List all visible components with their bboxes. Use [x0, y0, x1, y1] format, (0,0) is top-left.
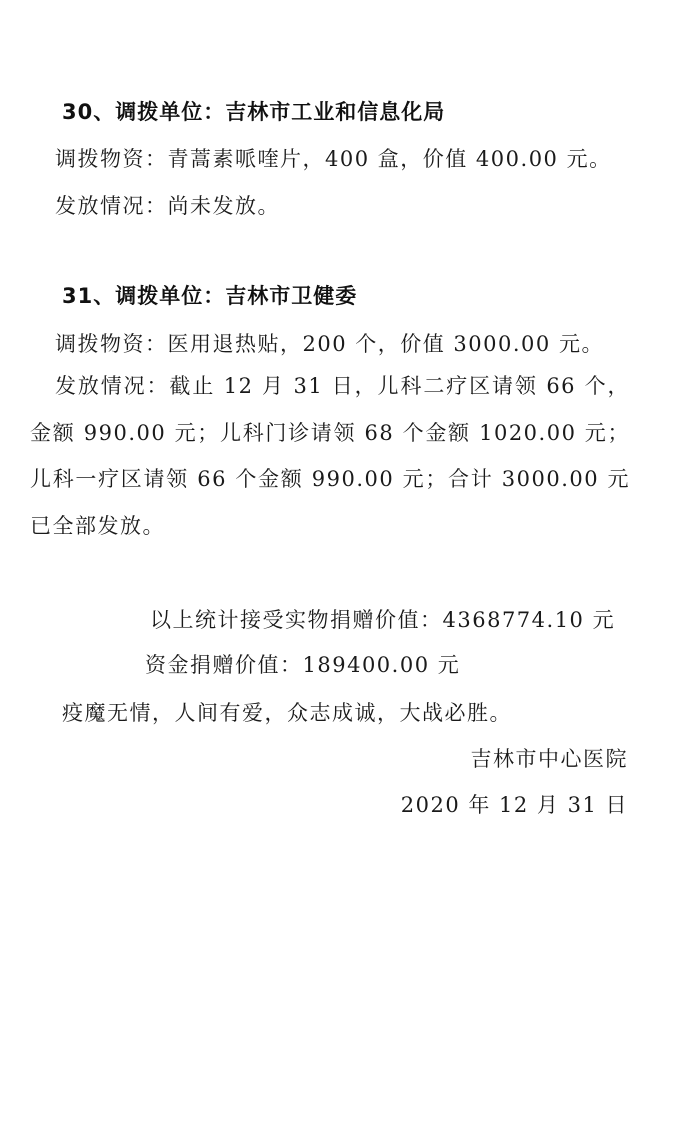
signature-organization: 吉林市中心医院 — [471, 745, 629, 773]
section-30-distribution: 发放情况：尚未发放。 — [55, 192, 280, 220]
signature-date: 2020 年 12 月 31 日 — [401, 791, 628, 819]
slogan: 疫魔无情，人间有爱，众志成诚，大战必胜。 — [62, 699, 512, 727]
section-30-supplies: 调拨物资：青蒿素哌喹片，400 盒，价值 400.00 元。 — [55, 145, 612, 173]
summary-cash-total: 资金捐赠价值：189400.00 元 — [145, 651, 460, 679]
section-31-supplies: 调拨物资：医用退热贴，200 个，价值 3000.00 元。 — [55, 330, 604, 358]
section-31-heading: 31、调拨单位：吉林市卫健委 — [62, 282, 357, 310]
summary-in-kind-total: 以上统计接受实物捐赠价值：4368774.10 元 — [150, 606, 615, 634]
section-30-heading: 30、调拨单位：吉林市工业和信息化局 — [62, 98, 445, 126]
section-31-distribution: 发放情况：截止 12 月 31 日，儿科二疗区请领 66 个，金额 990.00… — [30, 363, 630, 549]
